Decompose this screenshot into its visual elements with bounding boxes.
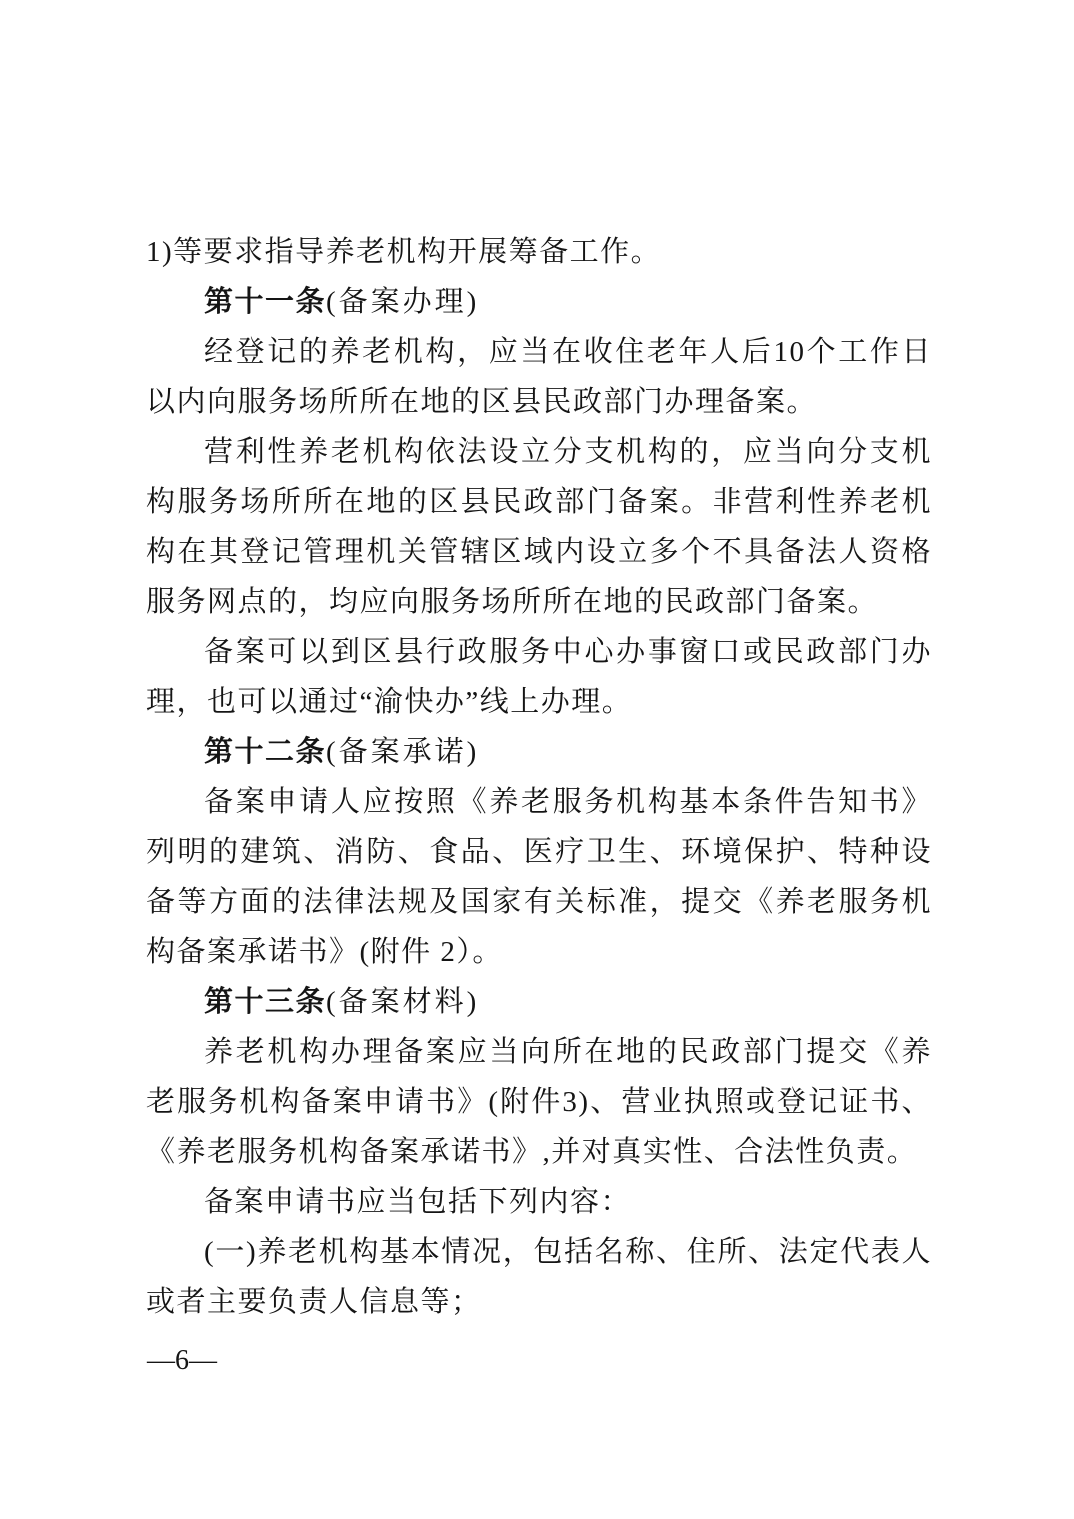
article-number: 第十一条 (204, 286, 326, 318)
paragraph: 备案申请人应按照《养老服务机构基本条件告知书》列明的建筑、消防、食品、医疗卫生、… (146, 777, 932, 977)
paragraph: 经登记的养老机构，应当在收住老年人后10个工作日以内向服务场所所在地的区县民政部… (146, 327, 932, 427)
document-body: 1)等要求指导养老机构开展筹备工作。第十一条(备案办理)经登记的养老机构，应当在… (146, 227, 932, 1327)
article-title: (备案办理) (326, 286, 479, 318)
article-heading: 第十二条(备案承诺) (146, 727, 932, 777)
article-number: 第十三条 (204, 986, 326, 1018)
paragraph: 备案可以到区县行政服务中心办事窗口或民政部门办理，也可以通过“渝快办”线上办理。 (146, 627, 932, 727)
article-title: (备案材料) (326, 986, 479, 1018)
paragraph: 1)等要求指导养老机构开展筹备工作。 (146, 227, 932, 277)
article-title: (备案承诺) (326, 736, 479, 768)
paragraph: (一)养老机构基本情况，包括名称、住所、法定代表人或者主要负责人信息等； (146, 1227, 932, 1327)
paragraph: 营利性养老机构依法设立分支机构的，应当向分支机构服务场所所在地的区县民政部门备案… (146, 427, 932, 627)
article-number: 第十二条 (204, 736, 326, 768)
page-number: —6— (147, 1343, 217, 1379)
paragraph: 养老机构办理备案应当向所在地的民政部门提交《养老服务机构备案申请书》(附件3)、… (146, 1027, 932, 1177)
paragraph: 备案申请书应当包括下列内容： (146, 1177, 932, 1227)
article-heading: 第十三条(备案材料) (146, 977, 932, 1027)
document-page: 1)等要求指导养老机构开展筹备工作。第十一条(备案办理)经登记的养老机构，应当在… (0, 0, 1074, 1519)
article-heading: 第十一条(备案办理) (146, 277, 932, 327)
